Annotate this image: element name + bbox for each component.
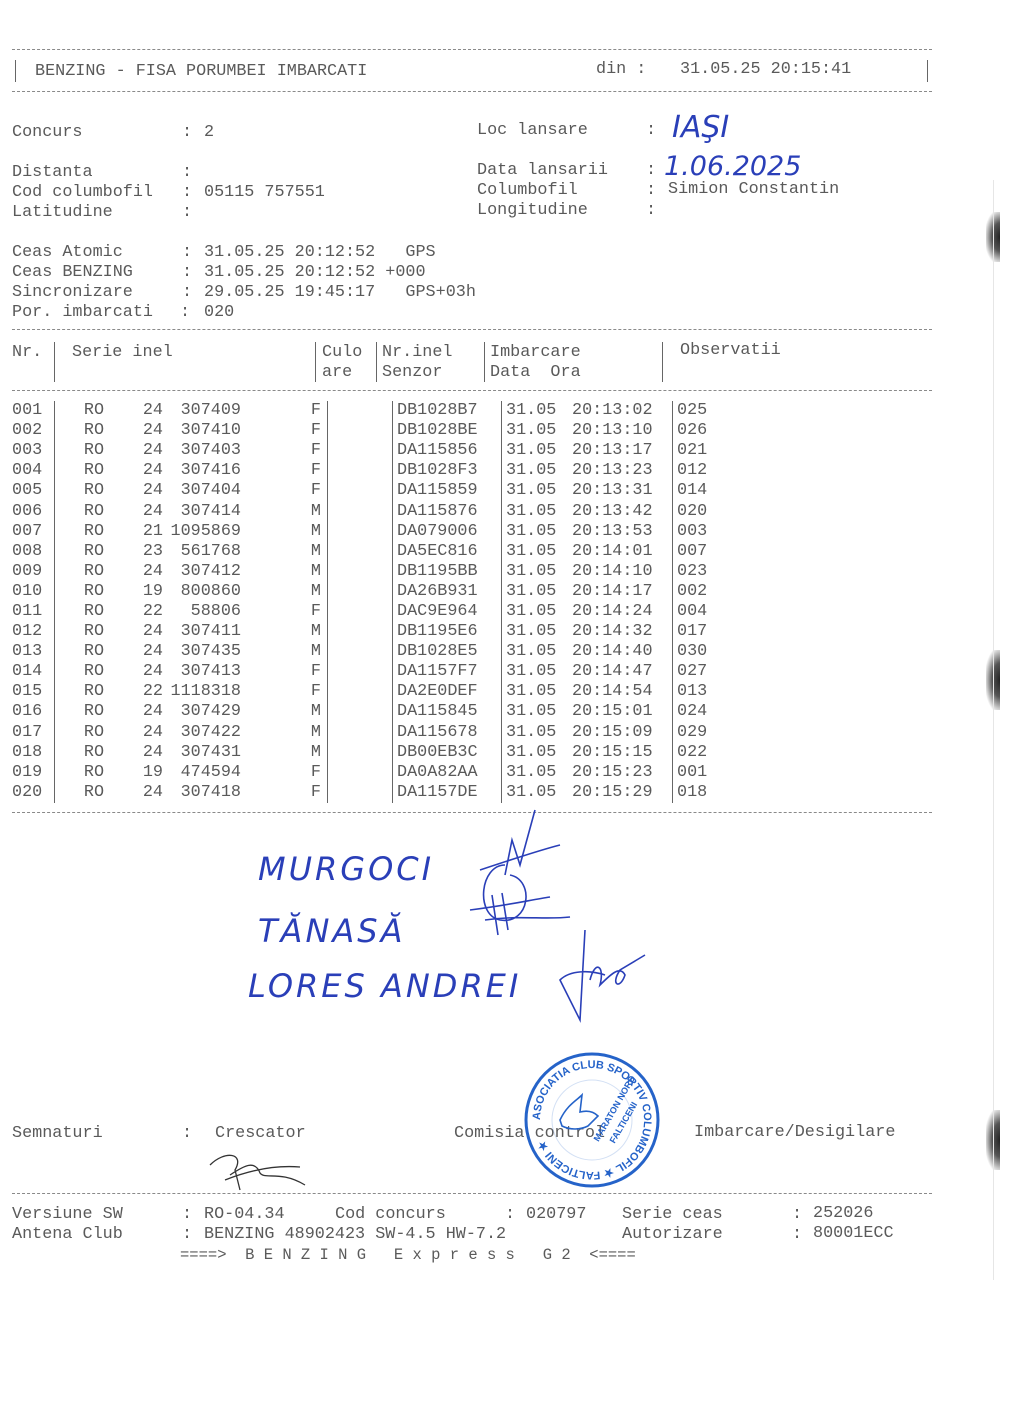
ring-number-cell: 561768: [163, 542, 241, 562]
row-number-cell: 007: [12, 522, 55, 542]
autorizare-value: 80001ECC: [813, 1224, 894, 1244]
embark-time-cell: 20:13:31: [572, 481, 673, 501]
row-number-cell: 011: [12, 602, 55, 622]
concurs-value: 2: [204, 123, 214, 143]
ring-year-cell: 24: [123, 421, 163, 441]
sex-cell: F: [241, 662, 328, 682]
document-title: BENZING - FISA PORUMBEI IMBARCATI: [35, 62, 367, 82]
sensor-id-cell: DB1028F3: [393, 461, 502, 481]
ring-number-cell: 307413: [163, 662, 241, 682]
cod-columbofil-label: Cod columbofil: [12, 183, 153, 203]
ring-year-cell: 24: [123, 622, 163, 642]
ring-year-cell: 24: [123, 501, 163, 521]
sincronizare-label: Sincronizare: [12, 283, 133, 303]
ceas-atomic-colon: :: [182, 243, 192, 263]
loc-lansare-handwritten: IAŞI: [672, 110, 729, 145]
observation-cell: 023: [673, 562, 738, 582]
observation-cell: 001: [673, 763, 738, 783]
sincronizare-colon: :: [182, 283, 192, 303]
serie-ceas-colon: :: [792, 1205, 802, 1225]
ring-year-cell: 19: [123, 763, 163, 783]
table-row: 014RO24307413FDA1157F731.0520:14:47027: [12, 662, 737, 682]
observation-cell: 026: [673, 421, 738, 441]
ring-year-cell: 24: [123, 481, 163, 501]
sex-cell: M: [241, 743, 328, 763]
observation-cell: 029: [673, 723, 738, 743]
ring-number-cell: 307431: [163, 743, 241, 763]
sensor-id-cell: DA115845: [393, 702, 502, 722]
observation-cell: 003: [673, 522, 738, 542]
versiune-sw-value: RO-04.34: [204, 1205, 285, 1225]
table-row: 006RO24307414MDA11587631.0520:13:42020: [12, 501, 737, 521]
antena-club-value: BENZING 48902423 SW-4.5 HW-7.2: [204, 1225, 506, 1245]
por-imbarcati-colon: :: [180, 303, 190, 323]
sex-cell: F: [241, 682, 328, 702]
embark-time-cell: 20:15:01: [572, 702, 673, 722]
ring-country-cell: RO: [55, 743, 124, 763]
row-number-cell: 009: [12, 562, 55, 582]
ceas-benzing-colon: :: [182, 263, 192, 283]
embark-date-cell: 31.05: [502, 682, 573, 702]
color-cell: [328, 481, 393, 501]
sensor-id-cell: DA115856: [393, 441, 502, 461]
table-row: 019RO19474594FDA0A82AA31.0520:15:23001: [12, 763, 737, 783]
embark-time-cell: 20:13:53: [572, 522, 673, 542]
embark-date-cell: 31.05: [502, 401, 573, 421]
col-header-serie-inel: Serie inel: [72, 343, 173, 363]
sensor-id-cell: DA115859: [393, 481, 502, 501]
color-cell: [328, 662, 393, 682]
crescator-signature-icon: [205, 1145, 315, 1195]
color-cell: [328, 542, 393, 562]
embark-date-cell: 31.05: [502, 562, 573, 582]
sex-cell: F: [241, 783, 328, 803]
embark-time-cell: 20:15:23: [572, 763, 673, 783]
embark-time-cell: 20:13:23: [572, 461, 673, 481]
ring-country-cell: RO: [55, 582, 124, 602]
ring-year-cell: 24: [123, 401, 163, 421]
ring-country-cell: RO: [55, 421, 124, 441]
color-cell: [328, 522, 393, 542]
embark-date-cell: 31.05: [502, 582, 573, 602]
table-row: 016RO24307429MDA11584531.0520:15:01024: [12, 702, 737, 722]
antena-club-label: Antena Club: [12, 1225, 123, 1245]
sensor-id-cell: DB1028BE: [393, 421, 502, 441]
row-number-cell: 002: [12, 421, 55, 441]
embark-time-cell: 20:14:17: [572, 582, 673, 602]
color-cell: [328, 582, 393, 602]
table-row: 009RO24307412MDB1195BB31.0520:14:10023: [12, 562, 737, 582]
table-row: 012RO24307411MDB1195E631.0520:14:32017: [12, 622, 737, 642]
sex-cell: F: [241, 441, 328, 461]
data-lansarii-colon: :: [646, 161, 656, 181]
sensor-id-cell: DA1157F7: [393, 662, 502, 682]
color-cell: [328, 723, 393, 743]
col-sep: [315, 342, 316, 382]
columbofil-label: Columbofil: [477, 181, 578, 201]
embark-time-cell: 20:14:10: [572, 562, 673, 582]
antena-club-colon: :: [182, 1225, 192, 1245]
sensor-id-cell: DA5EC816: [393, 542, 502, 562]
embark-date-cell: 31.05: [502, 723, 573, 743]
ring-country-cell: RO: [55, 642, 124, 662]
ceas-atomic-label: Ceas Atomic: [12, 243, 123, 263]
cod-concurs-label: Cod concurs: [335, 1205, 446, 1225]
table-header-top-rule: [12, 329, 932, 330]
sex-cell: F: [241, 461, 328, 481]
handwritten-name-3: LORES ANDREI: [248, 967, 521, 1005]
observation-cell: 030: [673, 642, 738, 662]
color-cell: [328, 421, 393, 441]
handwritten-name-2: TĂNASĂ: [258, 912, 405, 950]
ring-number-cell: 307418: [163, 783, 241, 803]
ring-country-cell: RO: [55, 602, 124, 622]
sex-cell: M: [241, 562, 328, 582]
cod-columbofil-value: 05115 757551: [204, 183, 325, 203]
row-number-cell: 013: [12, 642, 55, 662]
col-header-observatii: Observatii: [680, 341, 781, 361]
cod-columbofil-colon: :: [182, 183, 192, 203]
color-cell: [328, 702, 393, 722]
embark-date-cell: 31.05: [502, 421, 573, 441]
observation-cell: 025: [673, 401, 738, 421]
sensor-id-cell: DA2E0DEF: [393, 682, 502, 702]
ring-number-cell: 800860: [163, 582, 241, 602]
row-number-cell: 010: [12, 582, 55, 602]
signature-icon: [550, 920, 660, 1030]
observation-cell: 024: [673, 702, 738, 722]
embark-time-cell: 20:14:54: [572, 682, 673, 702]
ring-country-cell: RO: [55, 542, 124, 562]
observation-cell: 004: [673, 602, 738, 622]
ring-number-cell: 307416: [163, 461, 241, 481]
sensor-id-cell: DA079006: [393, 522, 502, 542]
ring-country-cell: RO: [55, 461, 124, 481]
sensor-id-cell: DB00EB3C: [393, 743, 502, 763]
ring-number-cell: 307410: [163, 421, 241, 441]
sex-cell: M: [241, 582, 328, 602]
embark-time-cell: 20:14:01: [572, 542, 673, 562]
color-cell: [328, 622, 393, 642]
ring-number-cell: 58806: [163, 602, 241, 622]
table-row: 015RO221118318FDA2E0DEF31.0520:14:54013: [12, 682, 737, 702]
ring-number-cell: 307404: [163, 481, 241, 501]
semnaturi-label: Semnaturi: [12, 1124, 103, 1144]
sex-cell: F: [241, 481, 328, 501]
loc-lansare-colon: :: [646, 121, 656, 141]
color-cell: [328, 401, 393, 421]
handwritten-name-1: MURGOCI: [258, 850, 434, 888]
color-cell: [328, 743, 393, 763]
ring-number-cell: 1095869: [163, 522, 241, 542]
col-sep: [484, 342, 485, 382]
ring-number-cell: 307411: [163, 622, 241, 642]
row-number-cell: 015: [12, 682, 55, 702]
color-cell: [328, 441, 393, 461]
color-cell: [328, 602, 393, 622]
embark-time-cell: 20:14:24: [572, 602, 673, 622]
distanta-colon: :: [182, 163, 192, 183]
col-sep: [54, 342, 55, 382]
sex-cell: M: [241, 501, 328, 521]
col-sep: [662, 342, 663, 382]
loc-lansare-label: Loc lansare: [477, 121, 588, 141]
data-lansarii-label: Data lansarii: [477, 161, 608, 181]
sex-cell: M: [241, 723, 328, 743]
embark-time-cell: 20:13:10: [572, 421, 673, 441]
col-header-nr-inel-1: Nr.inel: [382, 343, 453, 363]
observation-cell: 021: [673, 441, 738, 461]
ring-year-cell: 19: [123, 582, 163, 602]
sex-cell: M: [241, 522, 328, 542]
table-row: 013RO24307435MDB1028E531.0520:14:40030: [12, 642, 737, 662]
latitudine-label: Latitudine: [12, 203, 113, 223]
observation-cell: 007: [673, 542, 738, 562]
ring-number-cell: 307409: [163, 401, 241, 421]
embark-time-cell: 20:13:02: [572, 401, 673, 421]
table-row: 007RO211095869MDA07900631.0520:13:53003: [12, 522, 737, 542]
embark-date-cell: 31.05: [502, 662, 573, 682]
ring-number-cell: 1118318: [163, 682, 241, 702]
sensor-id-cell: DA0A82AA: [393, 763, 502, 783]
observation-cell: 017: [673, 622, 738, 642]
embark-date-cell: 31.05: [502, 461, 573, 481]
versiune-sw-colon: :: [182, 1205, 192, 1225]
row-number-cell: 004: [12, 461, 55, 481]
row-number-cell: 006: [12, 501, 55, 521]
embark-time-cell: 20:15:15: [572, 743, 673, 763]
cod-concurs-value: 020797: [526, 1205, 586, 1225]
color-cell: [328, 682, 393, 702]
ring-number-cell: 307422: [163, 723, 241, 743]
header-bottom-rule: [12, 91, 932, 92]
ring-year-cell: 24: [123, 723, 163, 743]
embark-time-cell: 20:15:29: [572, 783, 673, 803]
observation-cell: 020: [673, 501, 738, 521]
autorizare-label: Autorizare: [622, 1225, 723, 1245]
ring-country-cell: RO: [55, 682, 124, 702]
distanta-label: Distanta: [12, 163, 93, 183]
row-number-cell: 020: [12, 783, 55, 803]
ring-year-cell: 23: [123, 542, 163, 562]
sex-cell: F: [241, 401, 328, 421]
table-row: 020RO24307418FDA1157DE31.0520:15:29018: [12, 783, 737, 803]
table-row: 011RO2258806FDAC9E96431.0520:14:24004: [12, 602, 737, 622]
col-header-imbarcare-2: Data Ora: [490, 363, 581, 383]
observation-cell: 002: [673, 582, 738, 602]
row-number-cell: 003: [12, 441, 55, 461]
table-row: 018RO24307431MDB00EB3C31.0520:15:15022: [12, 743, 737, 763]
ring-country-cell: RO: [55, 522, 124, 542]
header-top-rule: [12, 49, 932, 50]
ring-country-cell: RO: [55, 481, 124, 501]
ring-number-cell: 307429: [163, 702, 241, 722]
serie-ceas-label: Serie ceas: [622, 1205, 723, 1225]
ring-country-cell: RO: [55, 723, 124, 743]
table-row: 001RO24307409FDB1028B731.0520:13:02025: [12, 401, 737, 421]
embark-date-cell: 31.05: [502, 602, 573, 622]
col-header-nr-inel-2: Senzor: [382, 363, 442, 383]
table-row: 003RO24307403FDA11585631.0520:13:17021: [12, 441, 737, 461]
serie-ceas-value: 252026: [813, 1204, 873, 1224]
observation-cell: 013: [673, 682, 738, 702]
embark-date-cell: 31.05: [502, 702, 573, 722]
sincronizare-value: 29.05.25 19:45:17 GPS+03h: [204, 283, 476, 303]
footer-top-rule: [12, 1193, 932, 1194]
embark-date-cell: 31.05: [502, 763, 573, 783]
ring-country-cell: RO: [55, 562, 124, 582]
ceas-benzing-label: Ceas BENZING: [12, 263, 133, 283]
sex-cell: M: [241, 702, 328, 722]
ring-year-cell: 24: [123, 461, 163, 481]
observation-cell: 018: [673, 783, 738, 803]
sensor-id-cell: DA115678: [393, 723, 502, 743]
concurs-label: Concurs: [12, 123, 83, 143]
imbarcare-desigilare-label: Imbarcare/Desigilare: [694, 1123, 895, 1143]
ring-number-cell: 307403: [163, 441, 241, 461]
ring-country-cell: RO: [55, 662, 124, 682]
table-row: 005RO24307404FDA11585931.0520:13:31014: [12, 481, 737, 501]
ring-country-cell: RO: [55, 763, 124, 783]
embark-date-cell: 31.05: [502, 501, 573, 521]
table-header-bottom-rule: [12, 390, 932, 391]
ring-number-cell: 474594: [163, 763, 241, 783]
club-stamp-icon: ASOCIATIA CLUB SPORTIV COLUMBOFIL ★ FALT…: [522, 1050, 662, 1190]
svg-text:ASOCIATIA CLUB SPORTIV COLUMBO: ASOCIATIA CLUB SPORTIV COLUMBOFIL ★ FALT…: [531, 1059, 653, 1181]
sensor-id-cell: DA115876: [393, 501, 502, 521]
sex-cell: F: [241, 763, 328, 783]
ceas-benzing-value: 31.05.25 20:12:52 +000: [204, 263, 426, 283]
embark-date-cell: 31.05: [502, 622, 573, 642]
crescator-label: Crescator: [215, 1124, 306, 1144]
ring-year-cell: 22: [123, 682, 163, 702]
color-cell: [328, 461, 393, 481]
col-header-culoare-1: Culo: [322, 343, 362, 363]
ring-year-cell: 24: [123, 642, 163, 662]
ring-number-cell: 307435: [163, 642, 241, 662]
embark-date-cell: 31.05: [502, 743, 573, 763]
ring-year-cell: 24: [123, 441, 163, 461]
latitudine-colon: :: [182, 203, 192, 223]
row-number-cell: 016: [12, 702, 55, 722]
columbofil-colon: :: [646, 181, 656, 201]
data-lansarii-handwritten: 1.06.2025: [664, 151, 801, 182]
color-cell: [328, 501, 393, 521]
observation-cell: 012: [673, 461, 738, 481]
ceas-atomic-value: 31.05.25 20:12:52 GPS: [204, 243, 436, 263]
sensor-id-cell: DA26B931: [393, 582, 502, 602]
header-left-bar: [15, 60, 16, 82]
embark-date-cell: 31.05: [502, 542, 573, 562]
row-number-cell: 019: [12, 763, 55, 783]
ring-year-cell: 22: [123, 602, 163, 622]
row-number-cell: 008: [12, 542, 55, 562]
sex-cell: F: [241, 421, 328, 441]
ring-year-cell: 21: [123, 522, 163, 542]
ring-country-cell: RO: [55, 401, 124, 421]
sex-cell: M: [241, 542, 328, 562]
table-row: 002RO24307410FDB1028BE31.0520:13:10026: [12, 421, 737, 441]
ring-year-cell: 24: [123, 783, 163, 803]
sex-cell: M: [241, 642, 328, 662]
color-cell: [328, 642, 393, 662]
benzing-banner: ====> B E N Z I N G E x p r e s s G 2 <=…: [180, 1245, 636, 1265]
table-row: 010RO19800860MDA26B93131.0520:14:17002: [12, 582, 737, 602]
embark-date-cell: 31.05: [502, 522, 573, 542]
row-number-cell: 017: [12, 723, 55, 743]
longitudine-label: Longitudine: [477, 201, 588, 221]
observation-cell: 014: [673, 481, 738, 501]
por-imbarcati-label: Por. imbarcati: [12, 303, 153, 323]
ring-country-cell: RO: [55, 501, 124, 521]
col-header-imbarcare-1: Imbarcare: [490, 343, 581, 363]
embark-time-cell: 20:14:47: [572, 662, 673, 682]
header-din-label: din :: [596, 60, 646, 80]
header-timestamp: 31.05.25 20:15:41: [680, 60, 851, 80]
embark-time-cell: 20:13:17: [572, 441, 673, 461]
color-cell: [328, 783, 393, 803]
table-row: 017RO24307422MDA11567831.0520:15:09029: [12, 723, 737, 743]
col-header-culoare-2: are: [322, 363, 352, 383]
ring-number-cell: 307412: [163, 562, 241, 582]
table-row: 004RO24307416FDB1028F331.0520:13:23012: [12, 461, 737, 481]
ring-year-cell: 24: [123, 662, 163, 682]
sensor-id-cell: DB1028B7: [393, 401, 502, 421]
color-cell: [328, 562, 393, 582]
row-number-cell: 012: [12, 622, 55, 642]
embark-date-cell: 31.05: [502, 441, 573, 461]
ring-year-cell: 24: [123, 562, 163, 582]
versiune-sw-label: Versiune SW: [12, 1205, 123, 1225]
semnaturi-colon: :: [182, 1124, 192, 1144]
scan-edge-line: [993, 180, 994, 1280]
sensor-id-cell: DB1195BB: [393, 562, 502, 582]
por-imbarcati-value: 020: [204, 303, 234, 323]
sensor-id-cell: DA1157DE: [393, 783, 502, 803]
ring-year-cell: 24: [123, 702, 163, 722]
embark-time-cell: 20:13:42: [572, 501, 673, 521]
embark-time-cell: 20:14:32: [572, 622, 673, 642]
sex-cell: F: [241, 602, 328, 622]
row-number-cell: 018: [12, 743, 55, 763]
observation-cell: 022: [673, 743, 738, 763]
embark-date-cell: 31.05: [502, 642, 573, 662]
concurs-colon: :: [182, 123, 192, 143]
ring-country-cell: RO: [55, 783, 124, 803]
columbofil-value: Simion Constantin: [668, 180, 839, 200]
table-row: 008RO23561768MDA5EC81631.0520:14:01007: [12, 542, 737, 562]
longitudine-colon: :: [646, 201, 656, 221]
embark-date-cell: 31.05: [502, 783, 573, 803]
autorizare-colon: :: [792, 1225, 802, 1245]
cod-concurs-colon: :: [505, 1205, 515, 1225]
row-number-cell: 001: [12, 401, 55, 421]
sensor-id-cell: DB1195E6: [393, 622, 502, 642]
ring-country-cell: RO: [55, 622, 124, 642]
embark-time-cell: 20:14:40: [572, 642, 673, 662]
sensor-id-cell: DB1028E5: [393, 642, 502, 662]
row-number-cell: 014: [12, 662, 55, 682]
col-header-nr: Nr.: [12, 343, 42, 363]
pigeons-table: 001RO24307409FDB1028B731.0520:13:0202500…: [12, 401, 737, 803]
color-cell: [328, 763, 393, 783]
ring-country-cell: RO: [55, 441, 124, 461]
ring-country-cell: RO: [55, 702, 124, 722]
ring-year-cell: 24: [123, 743, 163, 763]
observation-cell: 027: [673, 662, 738, 682]
row-number-cell: 005: [12, 481, 55, 501]
embark-time-cell: 20:15:09: [572, 723, 673, 743]
